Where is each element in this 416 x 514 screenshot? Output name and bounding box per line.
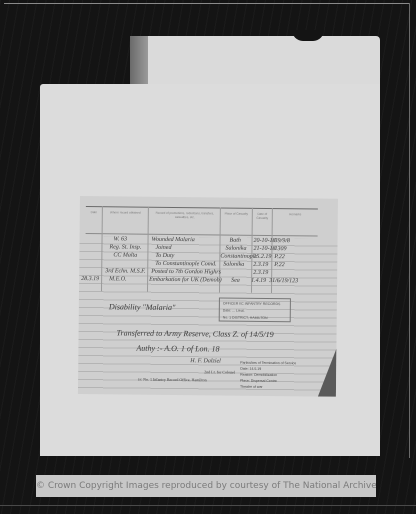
header-record: Record of promotions, reductions, transf… (150, 211, 220, 220)
row-source: Reg. St. Insp. (109, 244, 141, 250)
record-office: i/c No. 1 Infantry Record Office, Hamilt… (138, 377, 207, 383)
header-remarks: Remarks (273, 212, 318, 216)
row-remarks: P.22 (274, 254, 284, 260)
header-place: Place of Casualty (221, 211, 252, 215)
stamp-line: No. 1 DISTRICT, HAMILTON (223, 315, 287, 323)
discharge-theatre: Theatre of war (240, 384, 322, 391)
transfer-note: Transferred to Army Reserve, Class Z. of… (117, 328, 274, 339)
row-casualty-date: 1.4.19 (251, 278, 266, 284)
row-remarks: 1309 (274, 246, 286, 252)
row-source: W. 63 (114, 236, 128, 242)
disability-note: Disability "Malaria" (109, 302, 176, 312)
row-place: Salonika (223, 262, 244, 268)
row-record: Wounded Malaria (152, 237, 195, 243)
row-casualty-date: 2.3.19 (253, 262, 268, 268)
row-record: Posted to 7th Gordon Highrs (151, 269, 221, 276)
film-edge-top (4, 3, 409, 4)
row-remarks: P.22 (274, 262, 284, 268)
row-record: Embarkation for UK (Demob) (149, 277, 222, 284)
row-place: Constantinople (220, 253, 257, 259)
film-edge-bottom (0, 505, 416, 506)
film-edge-right (409, 3, 410, 458)
card-folded-corner (318, 349, 337, 397)
signature: H. F. Dalziel (190, 358, 221, 364)
row-source: 3rd Echn. M.S.F. (105, 268, 145, 274)
row-casualty-date: 21-10-18 (253, 246, 275, 252)
copyright-banner: © Crown Copyright Images reproduced by c… (36, 475, 376, 497)
service-record-card: Date Where record obtained Record of pro… (78, 196, 338, 397)
row-remarks: 39/9/8 (275, 238, 290, 244)
row-source: CC Malta (113, 252, 137, 258)
header-casualty-date: Date of Casualty (253, 212, 272, 220)
row-remarks: 31/6/19/123 (269, 278, 298, 284)
header-source: Where record obtained (103, 210, 148, 214)
row-casualty-date: 20-10-18 (254, 238, 276, 244)
backing-sheet-shadow (130, 36, 148, 84)
row-casualty-date: 2.3.19 (253, 270, 268, 276)
row-casualty-date: 15.2.19 (253, 254, 271, 260)
row-place: Salonika (225, 246, 246, 252)
row-date: 28.3.19 (81, 276, 99, 282)
row-record: To Duty (155, 253, 174, 259)
row-record: To Constantinople Comd. (155, 261, 216, 268)
authority-note: Authy :- A.O. 1 of Lon. 18 (136, 344, 219, 354)
header-date: Date (86, 210, 102, 214)
discharge-particulars: Particulars of Termination of Service Da… (240, 360, 322, 395)
row-record: Joined (155, 245, 171, 251)
row-place: Sea (231, 278, 240, 284)
infantry-records-stamp: OFFICER I/C INFANTRY RECORDS Date: ... L… (219, 297, 291, 322)
row-source: M.E.O. (109, 276, 127, 282)
clerk-signature: 2nd Lt. for Colonel (204, 369, 235, 374)
row-place: Bath (230, 238, 241, 244)
